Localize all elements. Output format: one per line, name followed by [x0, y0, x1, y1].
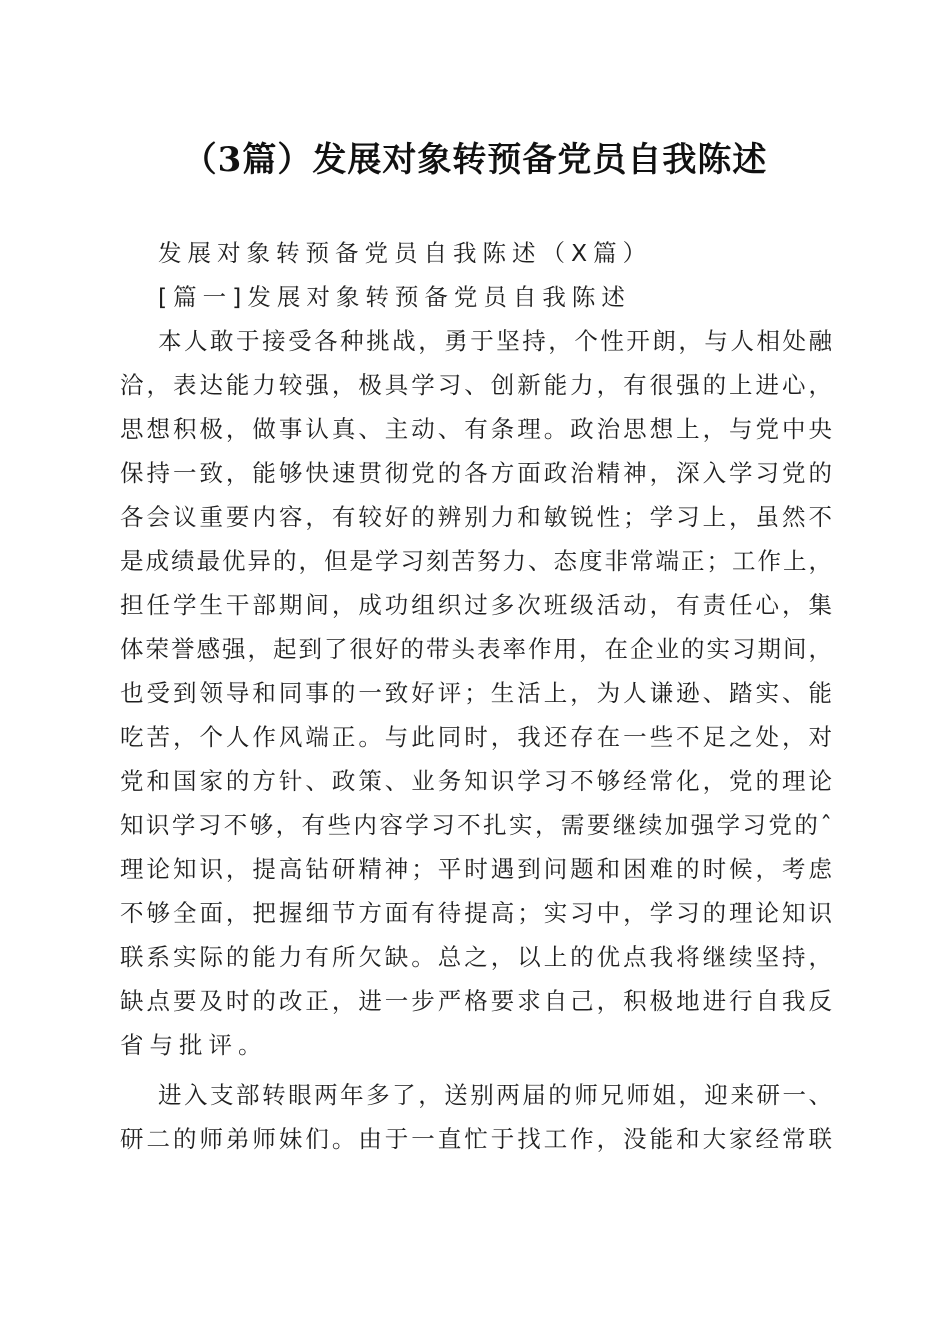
paragraph-1-line-11: 党和国家的方针、政策、业务知识学习不够经常化，党的理论 — [120, 766, 832, 796]
paragraph-1-line-3: 思想积极，做事认真、主动、有条理。政治思想上，与党中央 — [120, 414, 832, 444]
document-title: （3篇）发展对象转预备党员自我陈述 — [0, 136, 950, 184]
paragraph-1-line-17: 省与批评。 — [120, 1030, 268, 1060]
paragraph-1-line-14: 不够全面，把握细节方面有待提高；实习中，学习的理论知识 — [120, 898, 832, 928]
paragraph-1-line-13: 理论知识，提高钻研精神；平时遇到问题和困难的时候，考虑 — [120, 854, 832, 884]
document-subtitle: 发展对象转预备党员自我陈述（X篇） — [158, 238, 652, 268]
paragraph-1-line-2: 洽，表达能力较强，极具学习、创新能力，有很强的上进心， — [120, 370, 832, 400]
paragraph-1-line-12: 知识学习不够，有些内容学习不扎实，需要继续加强学习党的ˆ — [120, 810, 832, 840]
paragraph-1-line-10: 吃苦，个人作风端正。与此同时，我还存在一些不足之处，对 — [120, 722, 832, 752]
paragraph-1-line-8: 体荣誉感强，起到了很好的带头表率作用，在企业的实习期间， — [120, 634, 832, 664]
paragraph-1-line-6: 是成绩最优异的，但是学习刻苦努力、态度非常端正；工作上， — [120, 546, 832, 576]
paragraph-1-line-16: 缺点要及时的改正，进一步严格要求自己，积极地进行自我反 — [120, 986, 832, 1016]
document-page: （3篇）发展对象转预备党员自我陈述 发展对象转预备党员自我陈述（X篇） [篇一]… — [0, 0, 950, 1344]
paragraph-1-line-7: 担任学生干部期间，成功组织过多次班级活动，有责任心，集 — [120, 590, 832, 620]
paragraph-2-line-1: 进入支部转眼两年多了，送别两届的师兄师姐，迎来研一、 — [158, 1080, 832, 1110]
paragraph-1-line-5: 各会议重要内容，有较好的辨别力和敏锐性；学习上，虽然不 — [120, 502, 832, 532]
paragraph-1-line-9: 也受到领导和同事的一致好评；生活上，为人谦逊、踏实、能 — [120, 678, 832, 708]
paragraph-1-line-15: 联系实际的能力有所欠缺。总之，以上的优点我将继续坚持， — [120, 942, 832, 972]
section-heading: [篇一]发展对象转预备党员自我陈述 — [158, 282, 631, 312]
paragraph-2-line-2: 研二的师弟师妹们。由于一直忙于找工作，没能和大家经常联 — [120, 1124, 832, 1154]
paragraph-1-line-1: 本人敢于接受各种挑战，勇于坚持，个性开朗，与人相处融 — [158, 326, 832, 356]
paragraph-1-line-4: 保持一致，能够快速贯彻党的各方面政治精神，深入学习党的 — [120, 458, 832, 488]
